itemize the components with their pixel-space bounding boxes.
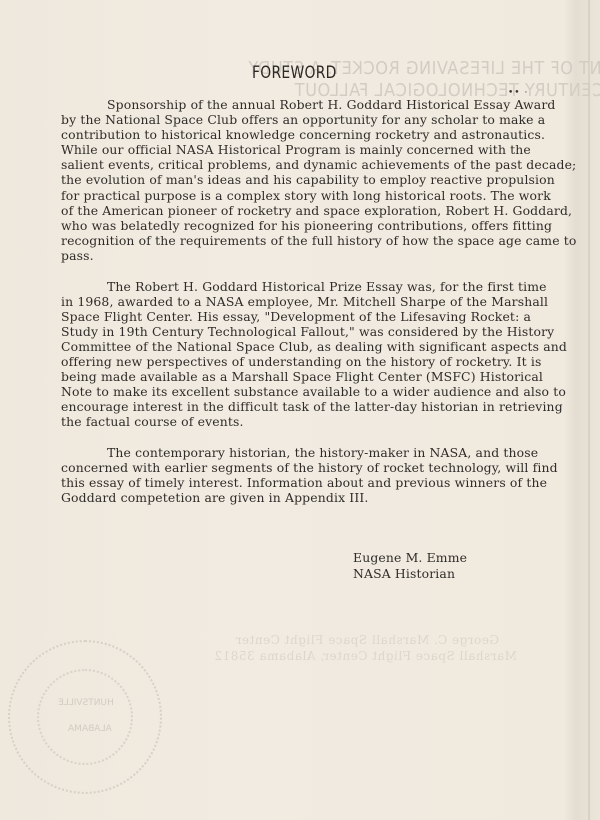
page-edge-shadow [588,0,590,820]
text-line: this essay of timely interest. Informati… [61,475,561,490]
seal-center-text: HUNTSVILLE [58,698,114,708]
show-through-address-line: Marshall Space Flight Center, Alabama 35… [214,648,517,664]
text-line: The contemporary historian, the history-… [61,445,561,460]
text-line: Note to make its excellent substance ava… [61,384,561,399]
text-line: of the American pioneer of rocketry and … [61,203,561,218]
signature-name: Eugene M. Emme [353,550,467,566]
text-line: salient events, critical problems, and d… [61,157,561,172]
text-line: contribution to historical knowledge con… [61,127,561,142]
text-line: the factual course of events. [61,414,561,429]
text-line: Committee of the National Space Club, as… [61,339,561,354]
paragraph-1: Sponsorship of the annual Robert H. Godd… [61,97,561,263]
text-line: While our official NASA Historical Progr… [61,142,561,157]
show-through-address-line: George C. Marshall Space Flight Center [214,632,517,648]
embossed-seal-inner-ring [37,669,133,765]
document-page: DEVELOPMENT OF THE LIFESAVING ROCKET: A … [0,0,600,820]
paragraph-2: The Robert H. Goddard Historical Prize E… [61,279,561,430]
text-line: encourage interest in the difficult task… [61,399,561,414]
text-line: who was belatedly recognized for his pio… [61,218,561,233]
foreword-body: Sponsorship of the annual Robert H. Godd… [61,97,561,521]
page-title: FOREWORD [252,63,337,83]
text-line: the evolution of man's ideas and his cap… [61,172,561,187]
signature-block: Eugene M. Emme NASA Historian [353,550,467,581]
text-line: in 1968, awarded to a NASA employee, Mr.… [61,294,561,309]
text-line: pass. [61,248,561,263]
text-line: recognition of the requirements of the f… [61,233,561,248]
text-line: Space Flight Center. His essay, "Develop… [61,309,561,324]
text-line: Study in 19th Century Technological Fall… [61,324,561,339]
text-line: The Robert H. Goddard Historical Prize E… [61,279,561,294]
seal-center-text: ALABAMA [68,724,112,734]
show-through-address: George C. Marshall Space Flight Center M… [214,632,517,664]
embossed-seal: HUNTSVILLE ALABAMA [8,640,162,794]
text-line: by the National Space Club offers an opp… [61,112,561,127]
text-line: being made available as a Marshall Space… [61,369,561,384]
text-line: Sponsorship of the annual Robert H. Godd… [61,97,561,112]
text-line: concerned with earlier segments of the h… [61,460,561,475]
text-line: Goddard competetion are given in Appendi… [61,490,561,505]
signature-role: NASA Historian [353,566,467,582]
text-line: for practical purpose is a complex story… [61,188,561,203]
text-line: offering new perspectives of understandi… [61,354,561,369]
paragraph-3: The contemporary historian, the history-… [61,445,561,505]
